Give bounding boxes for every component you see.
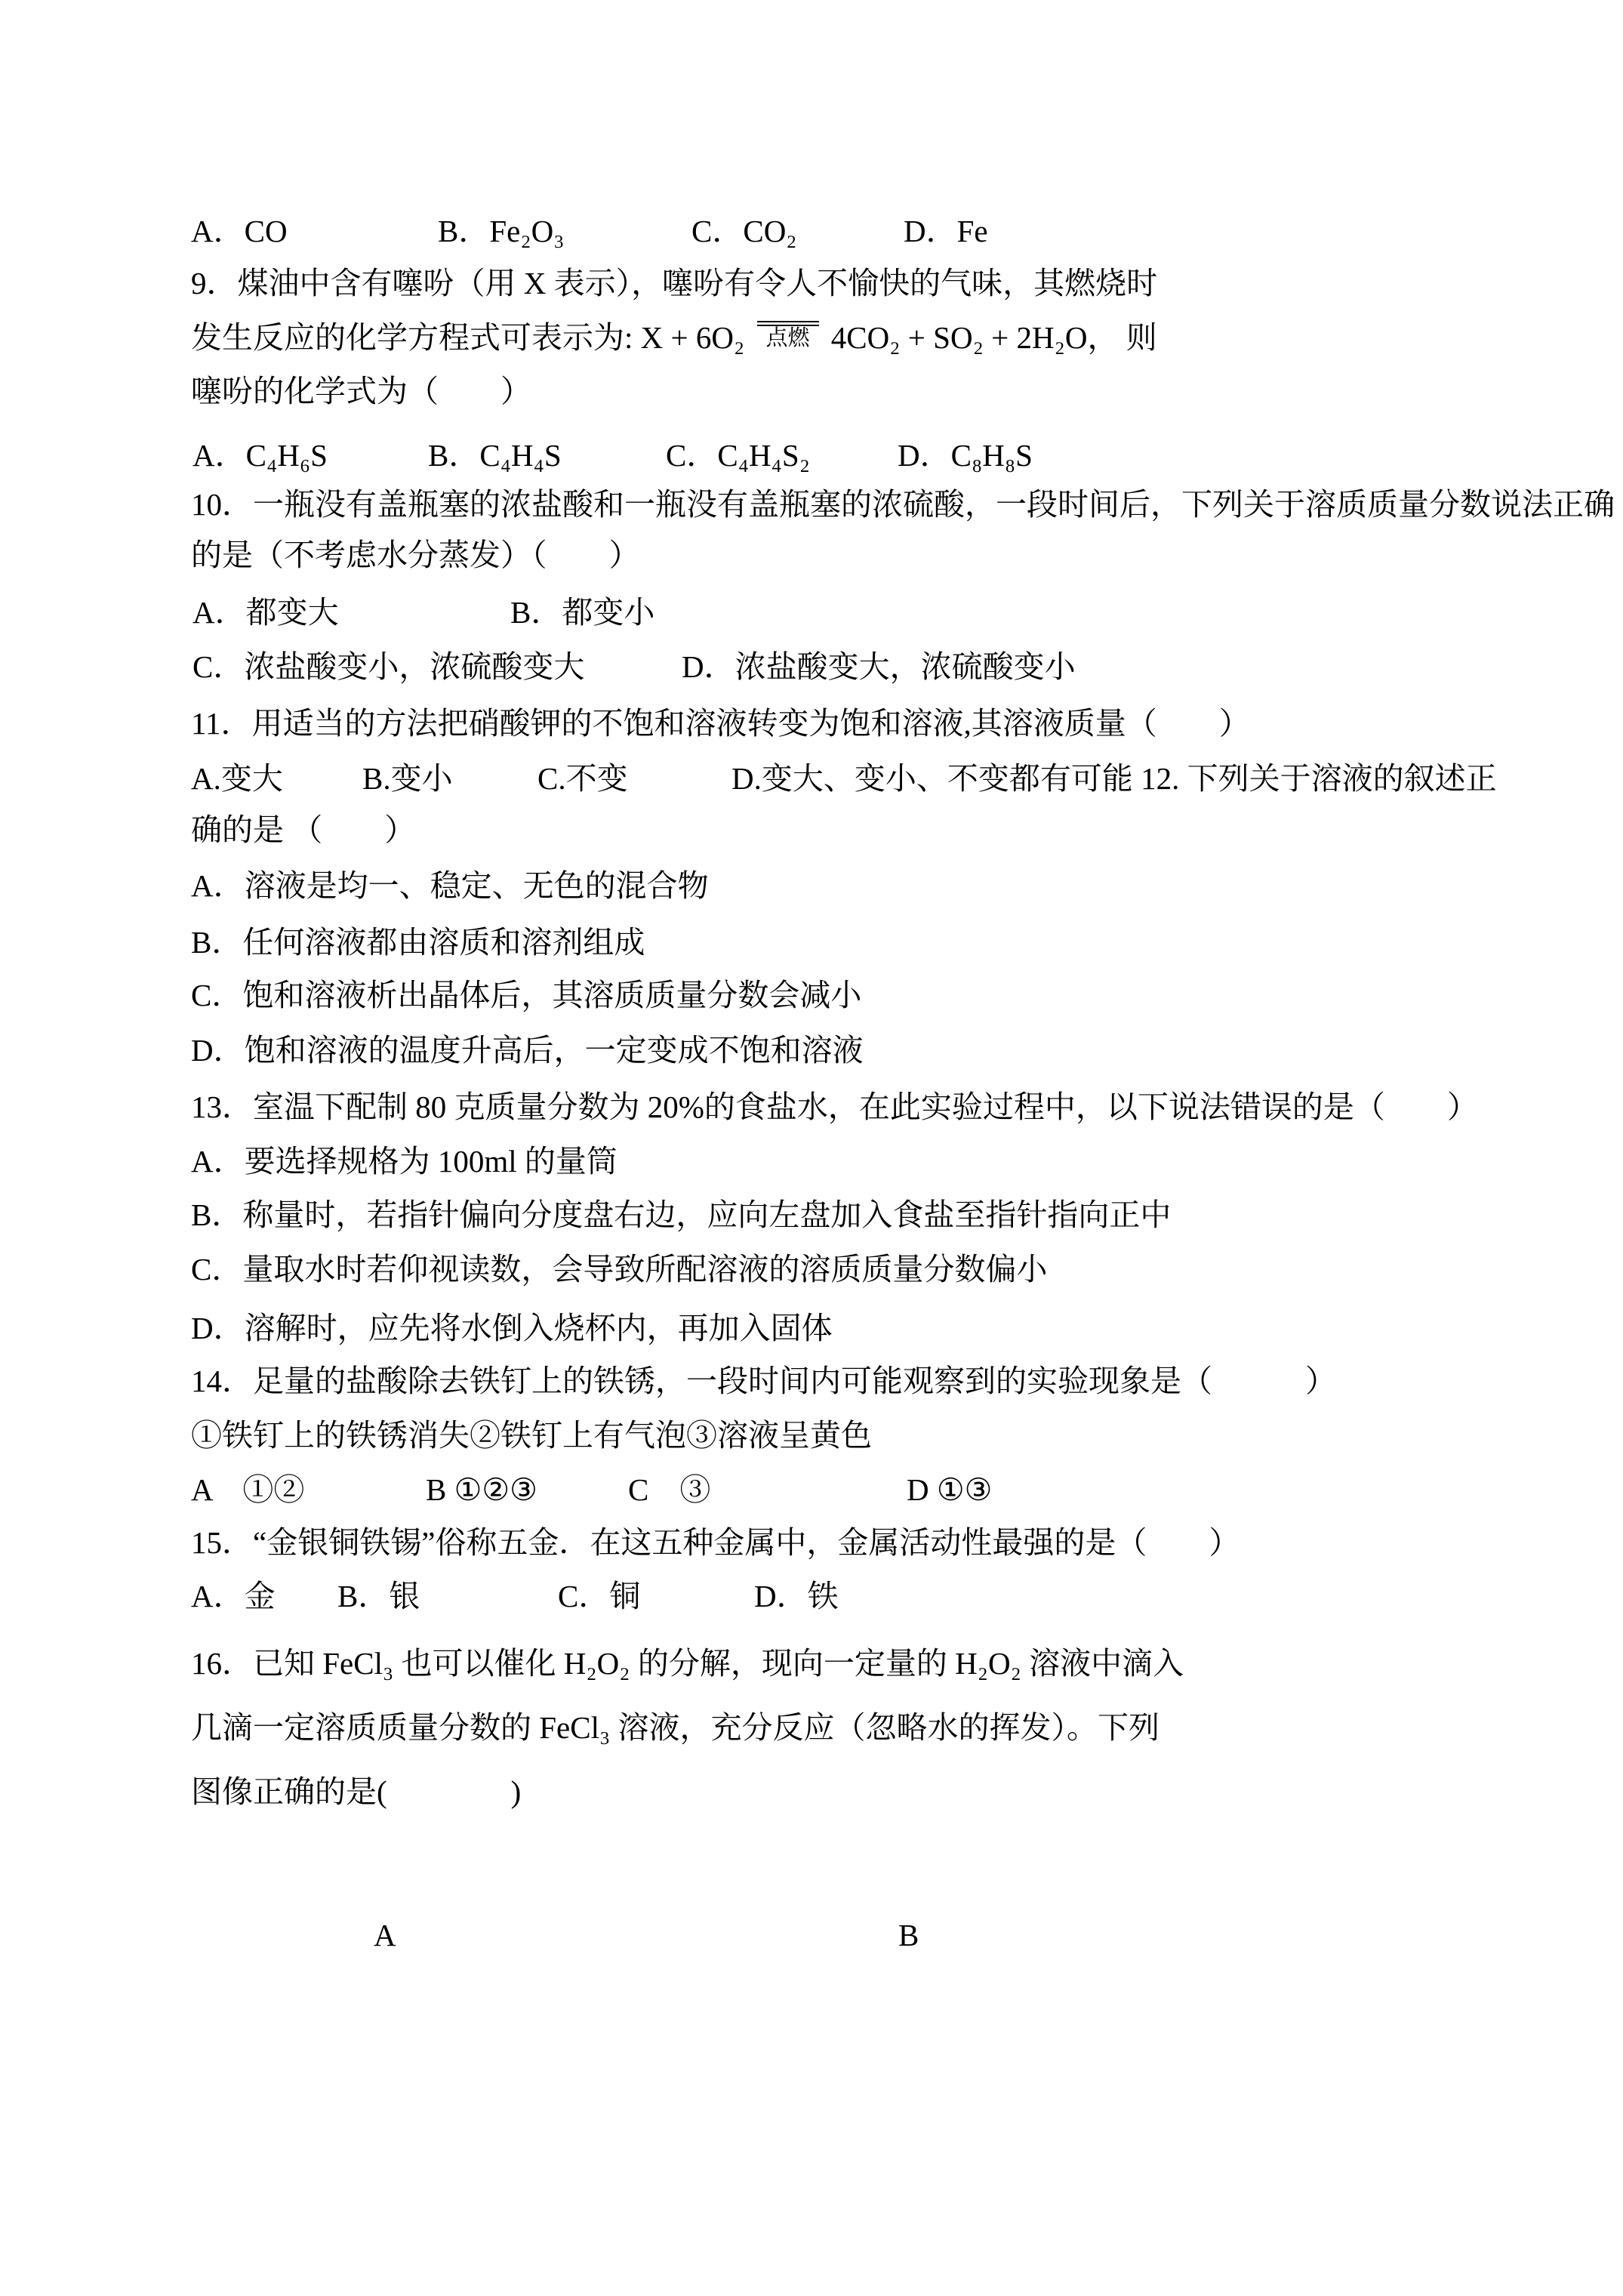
q9-equation: 发生反应的化学方程式可表示为: X + 6O₂ 点燃 4CO₂ + SO₂ + … <box>191 320 1157 356</box>
q11-option-a: A.变大 <box>191 761 283 797</box>
question-15-stem-line: 15．“金银铜铁锡”俗称五金．在这五种金属中，金属活动性最强的是（ ） <box>0 1525 1623 1575</box>
q11-stem-text: 11．用适当的方法把硝酸钾的不饱和溶液转变为饱和溶液,其溶液质量（ ） <box>191 706 1250 741</box>
q9-option-d: D．C₈H₈S <box>898 438 1033 473</box>
question-13-option-a-row: A．要选择规格为 100ml 的量筒 <box>0 1144 1623 1194</box>
q13-stem-text: 13．室温下配制 80 克质量分数为 20%的食盐水，在此实验过程中，以下说法错… <box>191 1089 1478 1125</box>
exam-page: A．CO B．Fe₂O₃ C．CO₂ D．Fe 9．煤油中含有噻吩（用 X 表示… <box>0 0 1623 2296</box>
q14-stem-text: 14．足量的盐酸除去铁钉上的铁锈，一段时间内可能观察到的实验现象是（ ） <box>191 1364 1336 1399</box>
question-11-stem-line: 11．用适当的方法把硝酸钾的不饱和溶液转变为饱和溶液,其溶液质量（ ） <box>0 706 1623 756</box>
question-12-option-d-row: D．饱和溶液的温度升高后，一定变成不饱和溶液 <box>0 1033 1623 1083</box>
question-10-options-row-ab: A．都变大 B．都变小 <box>0 595 1623 645</box>
q9-equation-prefix: 发生反应的化学方程式可表示为: X + 6O₂ <box>191 320 753 355</box>
question-10-stem-line-1: 10．一瓶没有盖瓶塞的浓盐酸和一瓶没有盖瓶塞的浓硫酸，一段时间后，下列关于溶质质… <box>0 487 1623 537</box>
q15-option-c: C．铜 <box>558 1579 640 1614</box>
q13-option-b: B．称量时，若指针偏向分度盘右边，应向左盘加入食盐至指针指向正中 <box>191 1197 1171 1233</box>
q12-option-a: A．溶液是均一、稳定、无色的混合物 <box>191 868 709 904</box>
question-9-equation-line: 发生反应的化学方程式可表示为: X + 6O₂ 点燃 4CO₂ + SO₂ + … <box>0 320 1623 370</box>
q16-stem-text-3: 图像正确的是( ) <box>191 1774 521 1810</box>
q16-figure-label-a: A <box>374 1918 396 1953</box>
q12-option-d: D．饱和溶液的温度升高后，一定变成不饱和溶液 <box>191 1033 864 1068</box>
question-12-option-c-row: C．饱和溶液析出晶体后，其溶质质量分数会减小 <box>0 978 1623 1028</box>
q8-option-d: D．Fe <box>904 214 988 249</box>
question-11-options-row: A.变大 B.变小 C.不变 D.变大、变小、不变都有可能 12. 下列关于溶液… <box>0 761 1623 811</box>
question-8-options-row: A．CO B．Fe₂O₃ C．CO₂ D．Fe <box>0 214 1623 264</box>
q16-stem-text-1: 16．已知 FeCl₃ 也可以催化 H₂O₂ 的分解，现向一定量的 H₂O₂ 溶… <box>191 1646 1184 1681</box>
question-12-option-a-row: A．溶液是均一、稳定、无色的混合物 <box>0 868 1623 918</box>
q15-option-d: D．铁 <box>754 1579 839 1614</box>
question-16-stem-line-3: 图像正确的是( ) <box>0 1774 1623 1824</box>
q11-option-c: C.不变 <box>537 761 628 797</box>
q15-option-a: A．金 <box>191 1579 276 1614</box>
question-9-options-row: A．C₄H₆S B．C₄H₄S C．C₄H₄S₂ D．C₈H₈S <box>0 438 1623 488</box>
q9-equation-suffix: 4CO₂ + SO₂ + 2H₂O， 则 <box>824 320 1157 355</box>
question-16-figure-labels-row: A B <box>0 1918 1623 1968</box>
q14-option-c: C ③ <box>628 1472 710 1508</box>
question-15-options-row: A．金 B．银 C．铜 D．铁 <box>0 1579 1623 1629</box>
q12-stem-text: 确的是 （ ） <box>191 812 415 848</box>
question-10-stem-line-2: 的是（不考虑水分蒸发）（ ） <box>0 538 1623 587</box>
question-10-options-row-cd: C．浓盐酸变小，浓硫酸变大 D．浓盐酸变大，浓硫酸变小 <box>0 649 1623 699</box>
question-16-stem-line-2: 几滴一定溶质质量分数的 FeCl₃ 溶液，充分反应（忽略水的挥发）。下列 <box>0 1710 1623 1760</box>
question-13-option-d-row: D．溶解时，应先将水倒入烧杯内，再加入固体 <box>0 1311 1623 1361</box>
q11-option-d-and-q12-start: D.变大、变小、不变都有可能 12. 下列关于溶液的叙述正 <box>731 761 1497 797</box>
q13-option-a: A．要选择规格为 100ml 的量筒 <box>191 1144 617 1179</box>
q9-option-a: A．C₄H₆S <box>192 438 328 473</box>
q10-option-c: C．浓盐酸变小，浓硫酸变大 <box>192 649 584 685</box>
q10-stem-text-1: 10．一瓶没有盖瓶塞的浓盐酸和一瓶没有盖瓶塞的浓硫酸，一段时间后，下列关于溶质质… <box>191 487 1615 522</box>
q14-option-a: A ①② <box>191 1472 304 1508</box>
q10-option-a: A．都变大 <box>192 595 339 630</box>
question-9-stem-line-1: 9．煤油中含有噻吩（用 X 表示），噻吩有令人不愉快的气味，其燃烧时 <box>0 266 1623 316</box>
q9-option-b: B．C₄H₄S <box>428 438 562 473</box>
question-14-stem-line: 14．足量的盐酸除去铁钉上的铁锈，一段时间内可能观察到的实验现象是（ ） <box>0 1364 1623 1413</box>
question-13-option-c-row: C．量取水时若仰视读数，会导致所配溶液的溶质质量分数偏小 <box>0 1252 1623 1302</box>
q16-figure-label-b: B <box>898 1918 919 1953</box>
q14-option-d: D ①③ <box>907 1472 992 1508</box>
question-16-stem-line-1: 16．已知 FeCl₃ 也可以催化 H₂O₂ 的分解，现向一定量的 H₂O₂ 溶… <box>0 1646 1623 1696</box>
q10-option-d: D．浓盐酸变大，浓硫酸变小 <box>682 649 1076 685</box>
q10-option-b: B．都变小 <box>510 595 654 630</box>
q15-option-b: B．银 <box>337 1579 420 1614</box>
q13-option-d: D．溶解时，应先将水倒入烧杯内，再加入固体 <box>191 1311 833 1346</box>
q9-stem-text-3: 噻吩的化学式为（ ） <box>191 374 531 409</box>
question-13-option-b-row: B．称量时，若指针偏向分度盘右边，应向左盘加入食盐至指针指向正中 <box>0 1197 1623 1247</box>
q8-option-b: B．Fe₂O₃ <box>438 214 565 249</box>
q13-option-c: C．量取水时若仰视读数，会导致所配溶液的溶质质量分数偏小 <box>191 1252 1047 1287</box>
q11-option-b: B.变小 <box>362 761 453 797</box>
question-12-option-b-row: B．任何溶液都由溶质和溶剂组成 <box>0 925 1623 975</box>
q10-stem-text-2: 的是（不考虑水分蒸发）（ ） <box>191 538 640 573</box>
q16-stem-text-2: 几滴一定溶质质量分数的 FeCl₃ 溶液，充分反应（忽略水的挥发）。下列 <box>191 1710 1160 1746</box>
q9-equation-condition-ignite: 点燃 <box>757 321 819 351</box>
q12-option-b: B．任何溶液都由溶质和溶剂组成 <box>191 925 645 960</box>
q8-option-c: C．CO₂ <box>691 214 797 249</box>
q14-phenomena-text: ①铁钉上的铁锈消失②铁钉上有气泡③溶液呈黄色 <box>191 1418 872 1453</box>
q15-stem-text: 15．“金银铜铁锡”俗称五金．在这五种金属中，金属活动性最强的是（ ） <box>191 1525 1240 1561</box>
q12-option-c: C．饱和溶液析出晶体后，其溶质质量分数会减小 <box>191 978 861 1013</box>
question-14-options-row: A ①② B ①②③ C ③ D ①③ <box>0 1472 1623 1522</box>
q9-stem-text-1: 9．煤油中含有噻吩（用 X 表示），噻吩有令人不愉快的气味，其燃烧时 <box>191 266 1157 301</box>
question-9-stem-line-3: 噻吩的化学式为（ ） <box>0 374 1623 424</box>
q8-option-a: A．CO <box>191 214 288 249</box>
q9-option-c: C．C₄H₄S₂ <box>666 438 810 473</box>
question-14-phenomena-line: ①铁钉上的铁锈消失②铁钉上有气泡③溶液呈黄色 <box>0 1418 1623 1468</box>
question-12-stem-wrap-line: 确的是 （ ） <box>0 812 1623 862</box>
q14-option-b: B ①②③ <box>426 1472 537 1508</box>
question-13-stem-line: 13．室温下配制 80 克质量分数为 20%的食盐水，在此实验过程中，以下说法错… <box>0 1089 1623 1139</box>
